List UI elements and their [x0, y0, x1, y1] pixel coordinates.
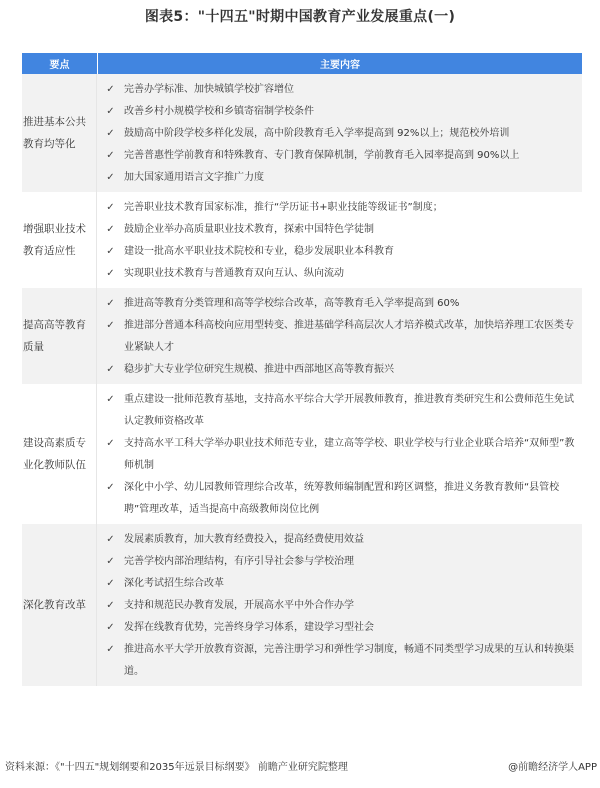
check-icon: ✓ [97, 123, 124, 145]
list-item: ✓发展素质教育，加大教育经费投入，提高经费使用效益 [97, 529, 582, 551]
check-icon: ✓ [97, 293, 124, 315]
check-icon: ✓ [97, 617, 124, 639]
source-note: 资料来源：《"十四五"规划纲要和2035年远景目标纲要》 前瞻产业研究院整理 [5, 758, 348, 773]
brand-watermark: @前瞻经济学人APP [508, 758, 597, 773]
list-item: ✓完善学校内部治理结构，有序引导社会参与学校治理 [97, 551, 582, 573]
list-item: ✓推进高等教育分类管理和高等学校综合改革，高等教育毛入学率提高到 60% [97, 293, 582, 315]
table-row-group: 建设高素质专业化教师队伍 ✓重点建设一批师范教育基地，支持高水平综合大学开展教师… [22, 384, 582, 524]
check-icon: ✓ [97, 145, 124, 167]
list-item: ✓改善乡村小规模学校和乡镇寄宿制学校条件 [97, 101, 582, 123]
check-icon: ✓ [97, 573, 124, 595]
check-icon: ✓ [97, 197, 124, 219]
table-header: 要点 主要内容 [22, 53, 582, 74]
list-item: ✓完善职业技术教育国家标准，推行“学历证书+职业技能等级证书”制度； [97, 197, 582, 219]
check-icon: ✓ [97, 241, 124, 263]
check-icon: ✓ [97, 359, 124, 381]
check-icon: ✓ [97, 219, 124, 241]
check-icon: ✓ [97, 639, 124, 683]
table-row-group: 推进基本公共教育均等化 ✓完善办学标准、加快城镇学校扩容增位 ✓改善乡村小规模学… [22, 74, 582, 192]
check-icon: ✓ [97, 389, 124, 433]
list-item: ✓建设一批高水平职业技术院校和专业，稳步发展职业本科教育 [97, 241, 582, 263]
header-content: 主要内容 [98, 53, 582, 74]
list-item: ✓鼓励企业举办高质量职业技术教育，探索中国特色学徒制 [97, 219, 582, 241]
row-key: 深化教育改革 [22, 524, 97, 686]
check-icon: ✓ [97, 529, 124, 551]
list-item: ✓支持和规范民办教育发展，开展高水平中外合作办学 [97, 595, 582, 617]
row-key: 建设高素质专业化教师队伍 [22, 384, 97, 524]
check-icon: ✓ [97, 263, 124, 285]
priorities-table: 要点 主要内容 推进基本公共教育均等化 ✓完善办学标准、加快城镇学校扩容增位 ✓… [22, 53, 582, 686]
check-icon: ✓ [97, 315, 124, 359]
list-item: ✓鼓励高中阶段学校多样化发展，高中阶段教育毛入学率提高到 92%以上；规范校外培… [97, 123, 582, 145]
list-item: ✓稳步扩大专业学位研究生规模、推进中西部地区高等教育振兴 [97, 359, 582, 381]
table-row-group: 增强职业技术教育适应性 ✓完善职业技术教育国家标准，推行“学历证书+职业技能等级… [22, 192, 582, 288]
check-icon: ✓ [97, 433, 124, 477]
row-key: 提高高等教育质量 [22, 288, 97, 384]
table-row-group: 深化教育改革 ✓发展素质教育，加大教育经费投入，提高经费使用效益 ✓完善学校内部… [22, 524, 582, 686]
list-item: ✓发挥在线教育优势，完善终身学习体系，建设学习型社会 [97, 617, 582, 639]
table-row-group: 提高高等教育质量 ✓推进高等教育分类管理和高等学校综合改革，高等教育毛入学率提高… [22, 288, 582, 384]
chart-title: 图表5："十四五"时期中国教育产业发展重点(一) [0, 6, 600, 26]
list-item: ✓推进高水平大学开放教育资源，完善注册学习和弹性学习制度，畅通不同类型学习成果的… [97, 639, 582, 683]
list-item: ✓支持高水平工科大学举办职业技术师范专业，建立高等学校、职业学校与行业企业联合培… [97, 433, 582, 477]
list-item: ✓推进部分普通本科高校向应用型转变、推进基础学科高层次人才培养模式改革，加快培养… [97, 315, 582, 359]
list-item: ✓加大国家通用语言文字推广力度 [97, 167, 582, 189]
check-icon: ✓ [97, 101, 124, 123]
list-item: ✓深化中小学、幼儿园教师管理综合改革，统筹教师编制配置和跨区调整，推进义务教育教… [97, 477, 582, 521]
row-key: 推进基本公共教育均等化 [22, 74, 97, 192]
check-icon: ✓ [97, 551, 124, 573]
list-item: ✓完善办学标准、加快城镇学校扩容增位 [97, 79, 582, 101]
list-item: ✓深化考试招生综合改革 [97, 573, 582, 595]
check-icon: ✓ [97, 167, 124, 189]
check-icon: ✓ [97, 79, 124, 101]
row-key: 增强职业技术教育适应性 [22, 192, 97, 288]
check-icon: ✓ [97, 595, 124, 617]
list-item: ✓完善普惠性学前教育和特殊教育、专门教育保障机制，学前教育毛入园率提高到 90%… [97, 145, 582, 167]
header-key: 要点 [22, 53, 98, 74]
list-item: ✓实现职业技术教育与普通教育双向互认、纵向流动 [97, 263, 582, 285]
check-icon: ✓ [97, 477, 124, 521]
list-item: ✓重点建设一批师范教育基地，支持高水平综合大学开展教师教育，推进教育类研究生和公… [97, 389, 582, 433]
